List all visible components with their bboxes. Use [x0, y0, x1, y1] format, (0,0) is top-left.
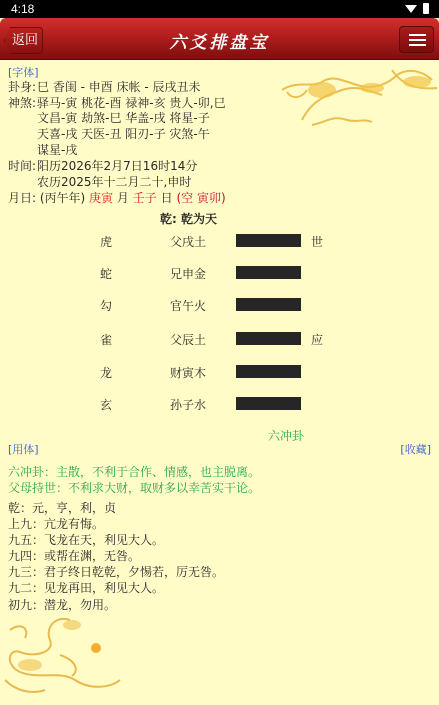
classic-text-line: 乾：元，亨，利，贞: [8, 499, 116, 516]
yueri-row: 月日: (丙午年) 庚寅 月 壬子 日 (空 寅卯): [8, 189, 226, 206]
time-label: 时间:: [8, 157, 36, 174]
kong-wang: (空 寅卯): [176, 191, 225, 205]
six-animal: 雀: [100, 331, 112, 348]
lunar-time: 农历2025年十二月二十,申时: [37, 173, 191, 190]
yang-line-bar: [236, 365, 301, 378]
month-suffix: 月: [117, 191, 129, 205]
line-label: 父辰土: [170, 331, 206, 348]
six-animal: 龙: [100, 364, 112, 381]
app-title: 六爻排盘宝: [0, 28, 439, 53]
wifi-icon: [405, 5, 417, 13]
line-label: 孙子水: [170, 396, 206, 413]
line-label: 财寅木: [170, 364, 206, 381]
app-header: 返回 六爻排盘宝: [0, 18, 439, 60]
analysis-line: 父母持世：不利求大财，取财多以幸苦实干论。: [8, 479, 260, 496]
day-suffix: 日: [161, 191, 173, 205]
six-animal: 虎: [100, 233, 112, 250]
six-animal: 蛇: [100, 265, 112, 282]
classic-text-line: 九二：见龙再田，利见大人。: [8, 579, 164, 596]
analysis-line: 六冲卦：主散，不利于合作、情感，也主脱离。: [8, 463, 260, 480]
shensha-line: 天喜-戌 天医-丑 阳刃-子 灾煞-午: [37, 125, 210, 142]
day-ganzhi: 壬子: [133, 191, 157, 205]
classic-text-line: 上九：亢龙有悔。: [8, 515, 104, 532]
yang-line-bar: [236, 298, 301, 311]
six-animal: 玄: [100, 396, 112, 413]
line-marker: 世: [311, 233, 323, 250]
line-label: 兄申金: [170, 265, 206, 282]
menu-icon-line: [409, 44, 426, 46]
yang-line-bar: [236, 397, 301, 410]
classic-text-line: 初九：潜龙，勿用。: [8, 596, 116, 613]
yang-line-bar: [236, 266, 301, 279]
line-label: 父戌土: [170, 233, 206, 250]
hexagram-type: 六冲卦: [268, 427, 304, 444]
month-ganzhi: 庚寅: [89, 191, 113, 205]
shensha-line: 文昌-寅 劫煞-巳 华盖-戌 将星-子: [37, 109, 210, 126]
six-animal: 勾: [100, 297, 112, 314]
yang-line-bar: [236, 332, 301, 345]
status-bar: 4:18: [0, 0, 439, 18]
battery-icon: [423, 3, 429, 14]
gua-shen-value: 巳 香闺 - 申酉 床帐 - 辰戌丑未: [37, 78, 201, 95]
yueri-label: 月日:: [8, 191, 36, 205]
dragon-decoration-icon: [0, 610, 130, 705]
solar-time: 阳历2026年2月7日16时14分: [37, 157, 197, 174]
menu-button[interactable]: [399, 26, 434, 53]
content-area: [字体] 卦身: 巳 香闺 - 申酉 床帐 - 辰戌丑未 神煞: 驿马-寅 桃花…: [0, 60, 439, 705]
menu-icon-line: [409, 34, 426, 36]
classic-text-line: 九五：飞龙在天，利见大人。: [8, 531, 164, 548]
status-time: 4:18: [11, 2, 34, 16]
shensha-label: 神煞:: [8, 94, 36, 111]
yang-line-bar: [236, 234, 301, 247]
year-ganzhi: (丙午年): [40, 191, 85, 205]
menu-icon-line: [409, 39, 426, 41]
classic-text-line: 九四：或帮在渊，无咎。: [8, 547, 140, 564]
line-label: 官午火: [170, 297, 206, 314]
shensha-line: 谋星-戌: [37, 141, 77, 158]
classic-text-line: 九三：君子终日乾乾，夕惕若，厉无咎。: [8, 563, 224, 580]
yongti-link[interactable]: [用体]: [8, 441, 39, 457]
phoenix-decoration-icon: [272, 60, 439, 135]
hexagram-title: 乾: 乾为天: [160, 210, 217, 227]
gua-shen-label: 卦身:: [8, 78, 36, 95]
favorite-link[interactable]: [收藏]: [400, 441, 431, 457]
line-marker: 应: [311, 331, 323, 348]
